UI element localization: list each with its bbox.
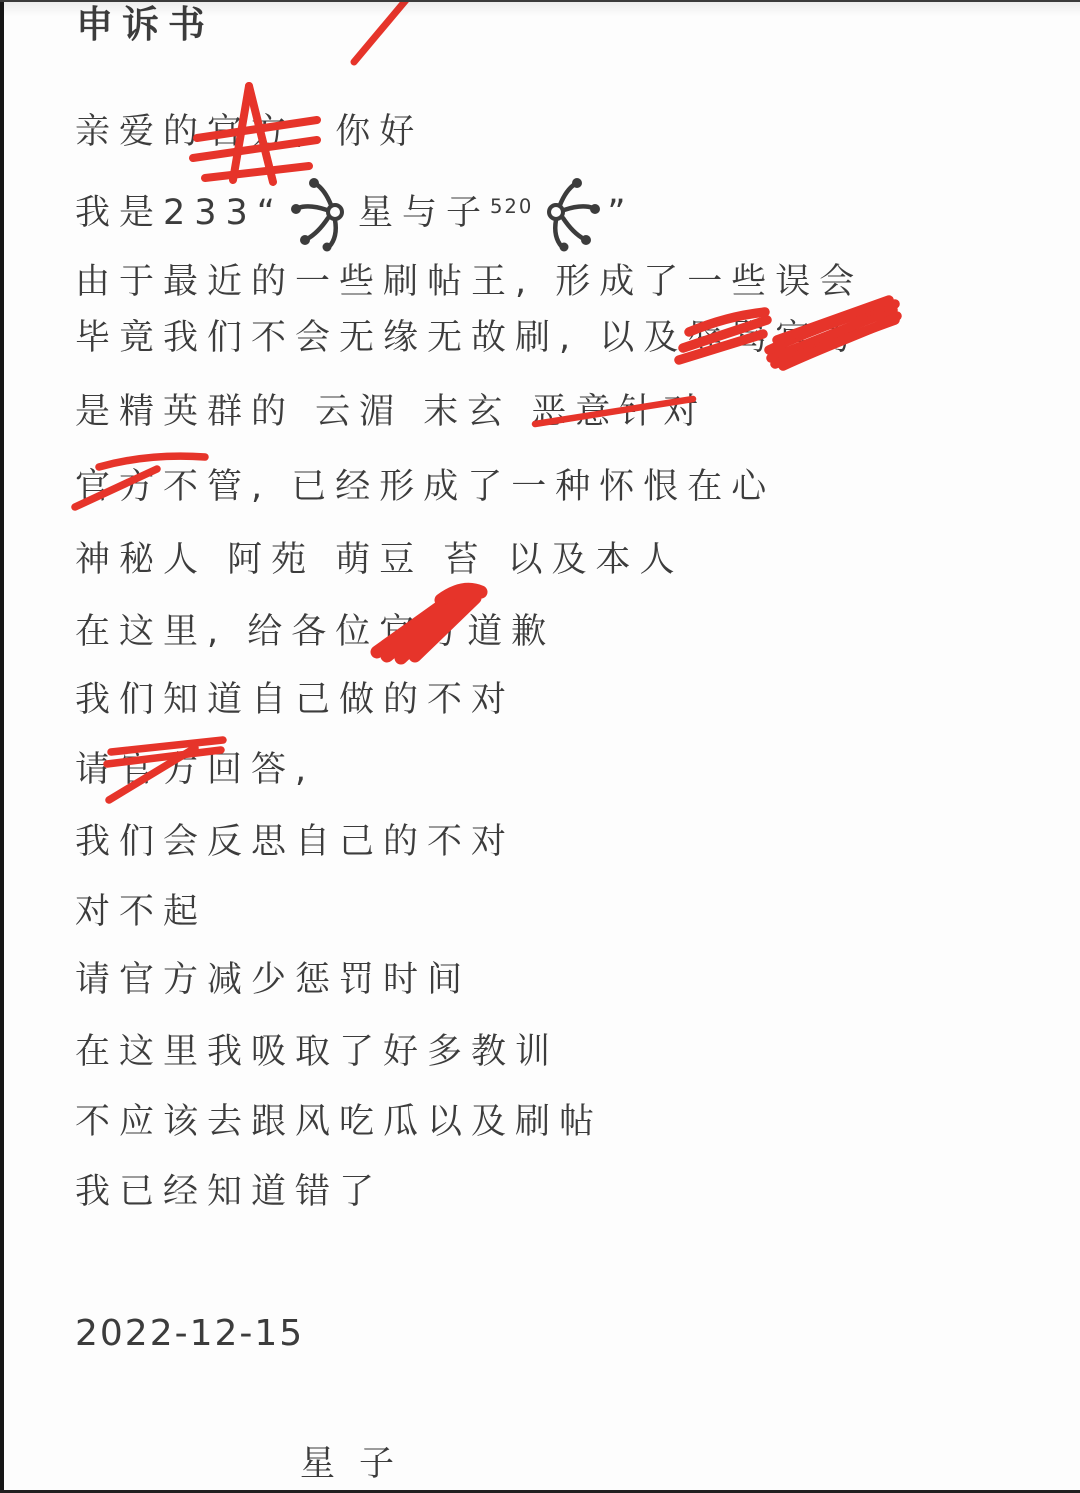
handwritten-appeal-letter: 申诉书 亲爱的官方, 你好 我是233“星与子520” 由于最近的一些刷帖王, … [0, 0, 1080, 1493]
line-text: 亲爱的 [75, 112, 207, 152]
line-text: 我已经知道错了 [75, 1172, 383, 1212]
line-text: 毕竟我们不会无缘无故刷, 以及 [75, 318, 687, 358]
crossed-word: 官方 [207, 112, 295, 152]
date-text: 2022-12-15 [75, 1313, 304, 1354]
letter-line: 神秘人 阿苑 萌豆 苔 以及本人 [75, 538, 684, 582]
letter-line: 我们知道自己做的不对 [75, 678, 515, 722]
letter-line: 我已经知道错了 [75, 1170, 383, 1214]
line-text: 请官方减少惩罚时间 [75, 960, 471, 1000]
letter-line: 请官方回答, [75, 748, 315, 792]
line-text: 由于最近的一些刷帖王, 形成了一些误会 [75, 262, 863, 302]
crossed-word: 官方 [75, 467, 163, 507]
line-text: 我是233“ [75, 193, 284, 233]
line-text: 不管, 已经形成了一种怀恨在心 [163, 467, 775, 507]
line-text: 不应该去跟风吃瓜以及刷帖 [75, 1102, 603, 1142]
top-shadow [0, 0, 1080, 16]
crossed-out-text: 恶意针对 [531, 390, 707, 434]
nickname-superscript: 520 [490, 195, 533, 218]
line-text: 回答, [207, 750, 315, 790]
crossed-word: 恶意针对 [531, 392, 707, 432]
crossed-out-text: 官方 [207, 110, 295, 154]
swirl-ornament-icon [538, 176, 602, 252]
letter-line: 毕竟我们不会无缘无故刷, 以及辱骂官方 [75, 316, 863, 360]
crossed-out-text: 官方 [119, 748, 207, 792]
line-text: 在这里我吸取了好多教训 [75, 1032, 559, 1072]
letter-line: 在这里, 给各位官方道歉 [75, 610, 555, 654]
letter-line: 我们会反思自己的不对 [75, 820, 515, 864]
crossed-out-text: 官方 [75, 465, 163, 509]
letter-line: 由于最近的一些刷帖王, 形成了一些误会 [75, 260, 863, 304]
signature-text: 星子 [300, 1444, 418, 1484]
crossed-out-text: 官方 [379, 610, 467, 654]
letter-line: 不应该去跟风吃瓜以及刷帖 [75, 1100, 603, 1144]
line-text: 是精英群的 云湄 末玄 [75, 392, 531, 432]
line-text: 道歉 [467, 612, 555, 652]
line-text: 我们知道自己做的不对 [75, 680, 515, 720]
letter-date: 2022-12-15 [75, 1312, 304, 1356]
letter-line-nickname: 我是233“星与子520” [75, 176, 635, 220]
line-text: 在这里, 给各位 [75, 612, 379, 652]
crossed-word: 辱骂官方 [687, 318, 863, 358]
line-text: 神秘人 阿苑 萌豆 苔 以及本人 [75, 540, 684, 580]
screenshot-left-edge [0, 0, 4, 1493]
crossed-word: 官方 [119, 750, 207, 790]
letter-line-greeting: 亲爱的官方, 你好 [75, 110, 423, 154]
letter-line: 官方不管, 已经形成了一种怀恨在心 [75, 465, 775, 509]
crossed-word: 官方 [379, 612, 467, 652]
letter-line: 是精英群的 云湄 末玄 恶意针对 [75, 390, 707, 434]
screenshot-top-edge [0, 0, 1080, 2]
letter-signature: 星子 [300, 1442, 418, 1486]
letter-line: 请官方减少惩罚时间 [75, 958, 471, 1002]
line-text: 请 [75, 750, 119, 790]
line-text: 对不起 [75, 892, 207, 932]
letter-line: 对不起 [75, 890, 207, 934]
letter-line: 在这里我吸取了好多教训 [75, 1030, 559, 1074]
crossed-out-text: 辱骂官方 [687, 316, 863, 360]
swirl-ornament-icon [289, 176, 353, 252]
line-text: ” [607, 193, 634, 233]
nickname-text: 星与子 [358, 193, 490, 233]
line-text: 我们会反思自己的不对 [75, 822, 515, 862]
line-text: , 你好 [295, 112, 423, 152]
